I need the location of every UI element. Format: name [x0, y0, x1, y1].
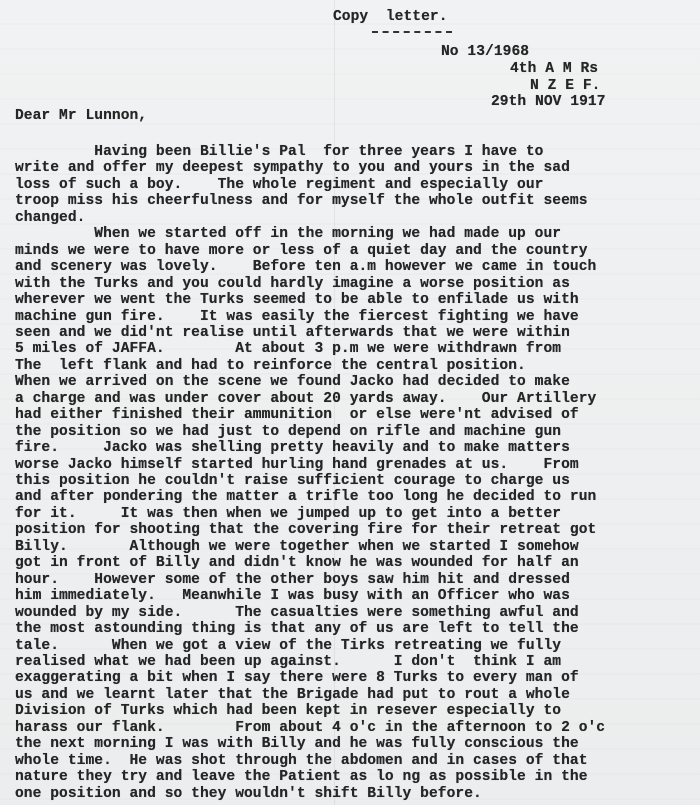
letter-line: seen and we did'nt realise until afterwa… — [15, 325, 570, 341]
letter-line: hour. However some of the other boys saw… — [15, 572, 570, 588]
letter-line: Billy. Although we were together when we… — [15, 539, 579, 555]
letter-line: got in front of Billy and didn't know he… — [15, 555, 579, 571]
letter-line: changed. — [15, 210, 85, 226]
letter-line: this position he couldn't raise sufficie… — [15, 473, 570, 489]
letter-line: nature they try and leave the Patient as… — [15, 769, 588, 785]
letter-line: harass our flank. From about 4 o'c in th… — [15, 720, 605, 736]
letter-line: machine gun fire. It was easily the fier… — [15, 309, 579, 325]
letter-unit: 4th A M Rs — [510, 61, 598, 77]
letter-line: When we started off in the morning we ha… — [15, 226, 561, 242]
letter-line: and after pondering the matter a trifle … — [15, 489, 596, 505]
letter-line: minds we were to have more or less of a … — [15, 243, 588, 259]
letter-line: Having been Billie's Pal for three years… — [15, 144, 543, 160]
letter-line: wherever we went the Turks seemed to be … — [15, 292, 579, 308]
letter-line: position for shooting that the covering … — [15, 522, 596, 538]
letter-line: troop miss his cheerfulness and for myse… — [15, 193, 588, 209]
letter-line: for it. It was then when we jumped up to… — [15, 506, 561, 522]
letter-line: a charge and was under cover about 20 ya… — [15, 391, 596, 407]
letter-date: 29th NOV 1917 — [491, 94, 606, 110]
letter-reference: No 13/1968 — [441, 44, 529, 60]
letter-title: Copy letter. — [333, 9, 448, 25]
letter-line: loss of such a boy. The whole regiment a… — [15, 177, 543, 193]
salutation: Dear Mr Lunnon, — [15, 108, 147, 124]
letter-line: realised what we had been up against. I … — [15, 654, 561, 670]
letter-line: one position and so they wouldn't shift … — [15, 786, 482, 802]
letter-line: and scenery was lovely. Before ten a.m h… — [15, 259, 596, 275]
letter-line: The left flank and had to reinforce the … — [15, 358, 526, 374]
letter-line: the position so we had just to depend on… — [15, 424, 561, 440]
letter-line: 5 miles of JAFFA. At about 3 p.m we were… — [15, 341, 561, 357]
letter-line: had either finished their ammunition or … — [15, 407, 579, 423]
letter-line: tale. When we got a view of the Tirks re… — [15, 638, 561, 654]
letter-page: Copy letter. No 13/1968 4th A M Rs N Z E… — [0, 0, 700, 805]
letter-line: the next morning I was with Billy and he… — [15, 736, 579, 752]
letter-line: Division of Turks which had been kept in… — [15, 703, 561, 719]
letter-line: us and we learnt later that the Brigade … — [15, 687, 570, 703]
letter-line: exaggerating a bit when I say there were… — [15, 670, 579, 686]
letter-line: worse Jacko himself started hurling hand… — [15, 457, 579, 473]
letter-line: wounded by my side. The casualties were … — [15, 605, 579, 621]
letter-line: When we arrived on the scene we found Ja… — [15, 374, 570, 390]
letter-line: whole time. He was shot through the abdo… — [15, 753, 588, 769]
letter-line: the most astounding thing is that any of… — [15, 621, 579, 637]
letter-line: with the Turks and you could hardly imag… — [15, 276, 570, 292]
letter-line: him immediately. Meanwhile I was busy wi… — [15, 588, 570, 604]
letter-force: N Z E F. — [530, 78, 600, 94]
title-underline — [372, 31, 452, 33]
letter-line: fire. Jacko was shelling pretty heavily … — [15, 440, 570, 456]
letter-line: write and offer my deepest sympathy to y… — [15, 160, 570, 176]
